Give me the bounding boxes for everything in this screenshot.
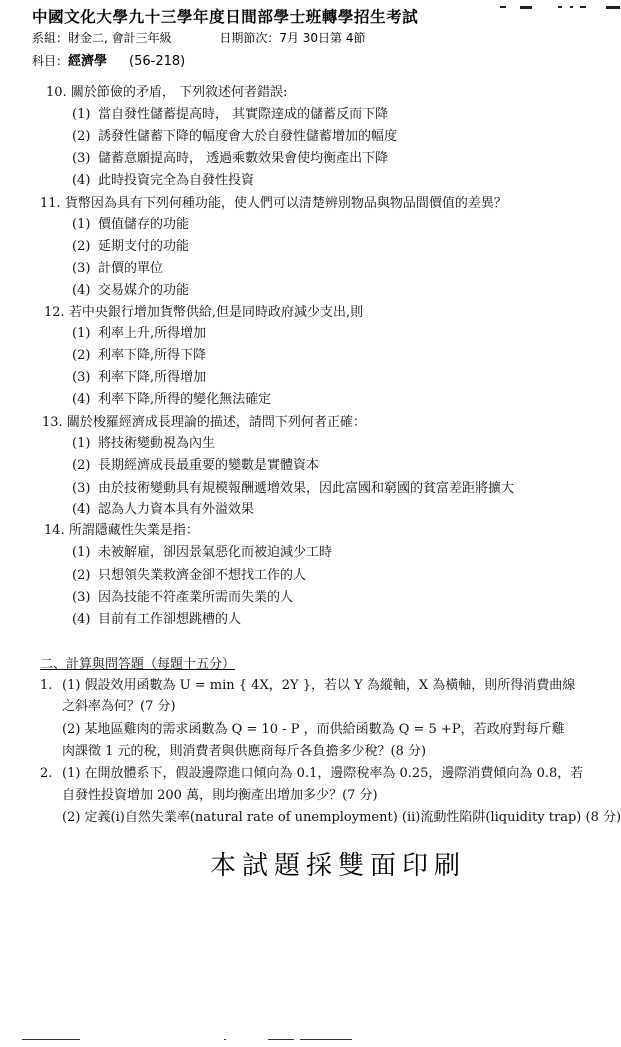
question-number: 12.: [44, 305, 65, 320]
question-12: 12. 若中央銀行增加貨幣供給,但是同時政府減少支出,則: [44, 304, 363, 322]
subject-value: 經濟學: [68, 54, 107, 69]
option: (3)儲蓄意願提高時， 透過乘數效果會使均衡產出下降: [72, 150, 388, 168]
calc-question-1-part2: (2) 某地區雞肉的需求函數為 Q = 10 - P ，而供給函數為 Q = 5…: [62, 721, 565, 739]
question-number: 13.: [42, 415, 63, 430]
double-sided-notice: 本試題採雙面印刷: [210, 845, 466, 882]
question-number: 11.: [40, 196, 61, 211]
exam-title: 中國文化大學九十三學年度日間部學士班轉學招生考試: [32, 5, 418, 27]
option: (3)由於技術變動具有規模報酬遞增效果，因此富國和窮國的貧富差距將擴大: [72, 480, 514, 498]
option: (2)長期經濟成長最重要的變數是實體資本: [72, 457, 319, 475]
option: (4)目前有工作卻想跳槽的人: [72, 611, 241, 629]
question-text: 關於梭羅經濟成長理論的描述，請問下列何者正確：: [67, 415, 366, 430]
option: (1)未被解雇，卻因景氣惡化而被迫減少工時: [72, 544, 332, 562]
option: (1)價值儲存的功能: [72, 216, 189, 234]
calc-question-2-part2: (2) 定義(i)自然失業率(natural rate of unemploym…: [62, 809, 621, 827]
section-heading: 二、計算與問答題（每題十五分）: [40, 653, 235, 672]
option: (1)將技術變動視為內生: [72, 435, 215, 453]
calc-question-1-number: 1.: [40, 677, 52, 695]
option: (4)此時投資完全為自發性投資: [72, 172, 254, 190]
calc-question-1-part2-cont: 肉課徵 1 元的稅，則消費者與供應商每斤各負擔多少稅？(8 分): [62, 743, 426, 761]
option: (4)認為人力資本具有外溢效果: [72, 501, 254, 519]
option: (2)延期支付的功能: [72, 238, 189, 256]
question-number: 14.: [44, 523, 65, 538]
option: (3)計價的單位: [72, 260, 163, 278]
scan-marks: [500, 6, 621, 12]
question-11: 11. 貨幣因為具有下列何種功能，使人們可以清楚辨別物品與物品間價值的差異？: [40, 195, 507, 213]
question-13: 13. 關於梭羅經濟成長理論的描述，請問下列何者正確：: [42, 414, 366, 432]
calc-question-2-part1: (1) 在開放體系下，假設邊際進口傾向為 0.1，邊際稅率為 0.25，邊際消費…: [62, 765, 583, 783]
option: (2)利率下降,所得下降: [72, 347, 206, 365]
calc-question-2-number: 2.: [40, 765, 52, 783]
option: (3)利率下降,所得增加: [72, 369, 206, 387]
option: (4)利率下降,所得的變化無法確定: [72, 391, 271, 409]
question-text: 貨幣因為具有下列何種功能，使人們可以清楚辨別物品與物品間價值的差異？: [65, 196, 507, 211]
question-10: 10. 關於節儉的矛盾， 下列敘述何者錯誤:: [46, 84, 287, 102]
calc-question-1-part1-cont: 之斜率為何？(7 分): [62, 698, 176, 716]
exam-info-line: 系組：財金二, 會計三年級 日期節次：7月 30日第 4節: [32, 29, 366, 46]
calc-question-1-part1: (1) 假設效用函數為 U = min { 4X，2Y }，若以 Y 為縱軸，X…: [62, 677, 575, 695]
department-value: 財金二, 會計三年級: [68, 31, 172, 45]
department-label: 系組：: [32, 31, 68, 45]
option: (2)誘發性儲蓄下降的幅度會大於自發性儲蓄增加的幅度: [72, 128, 397, 146]
calc-question-2-part1-cont: 自發性投資增加 200 萬，則均衡產出增加多少？(7 分): [62, 787, 378, 805]
question-text: 關於節儉的矛盾， 下列敘述何者錯誤:: [71, 85, 288, 100]
option: (1)當自發性儲蓄提高時， 其實際達成的儲蓄反而下降: [72, 106, 388, 124]
scan-footer-marks: [0, 1039, 621, 1041]
question-number: 10.: [46, 85, 67, 100]
option: (3)因為技能不符產業所需而失業的人: [72, 589, 293, 607]
date-value: 7月 30日第 4節: [279, 31, 365, 45]
subject-line: 科目：經濟學(56-218): [32, 50, 185, 69]
option: (1)利率上升,所得增加: [72, 325, 206, 343]
question-text: 所謂隱藏性失業是指：: [69, 523, 199, 538]
option: (2)只想領失業救濟金卻不想找工作的人: [72, 567, 306, 585]
date-label: 日期節次：: [219, 31, 279, 45]
subject-code: (56-218): [129, 54, 185, 69]
subject-label: 科目：: [32, 54, 68, 68]
question-14: 14. 所謂隱藏性失業是指：: [44, 522, 199, 540]
option: (4)交易媒介的功能: [72, 282, 189, 300]
question-text: 若中央銀行增加貨幣供給,但是同時政府減少支出,則: [69, 305, 363, 320]
